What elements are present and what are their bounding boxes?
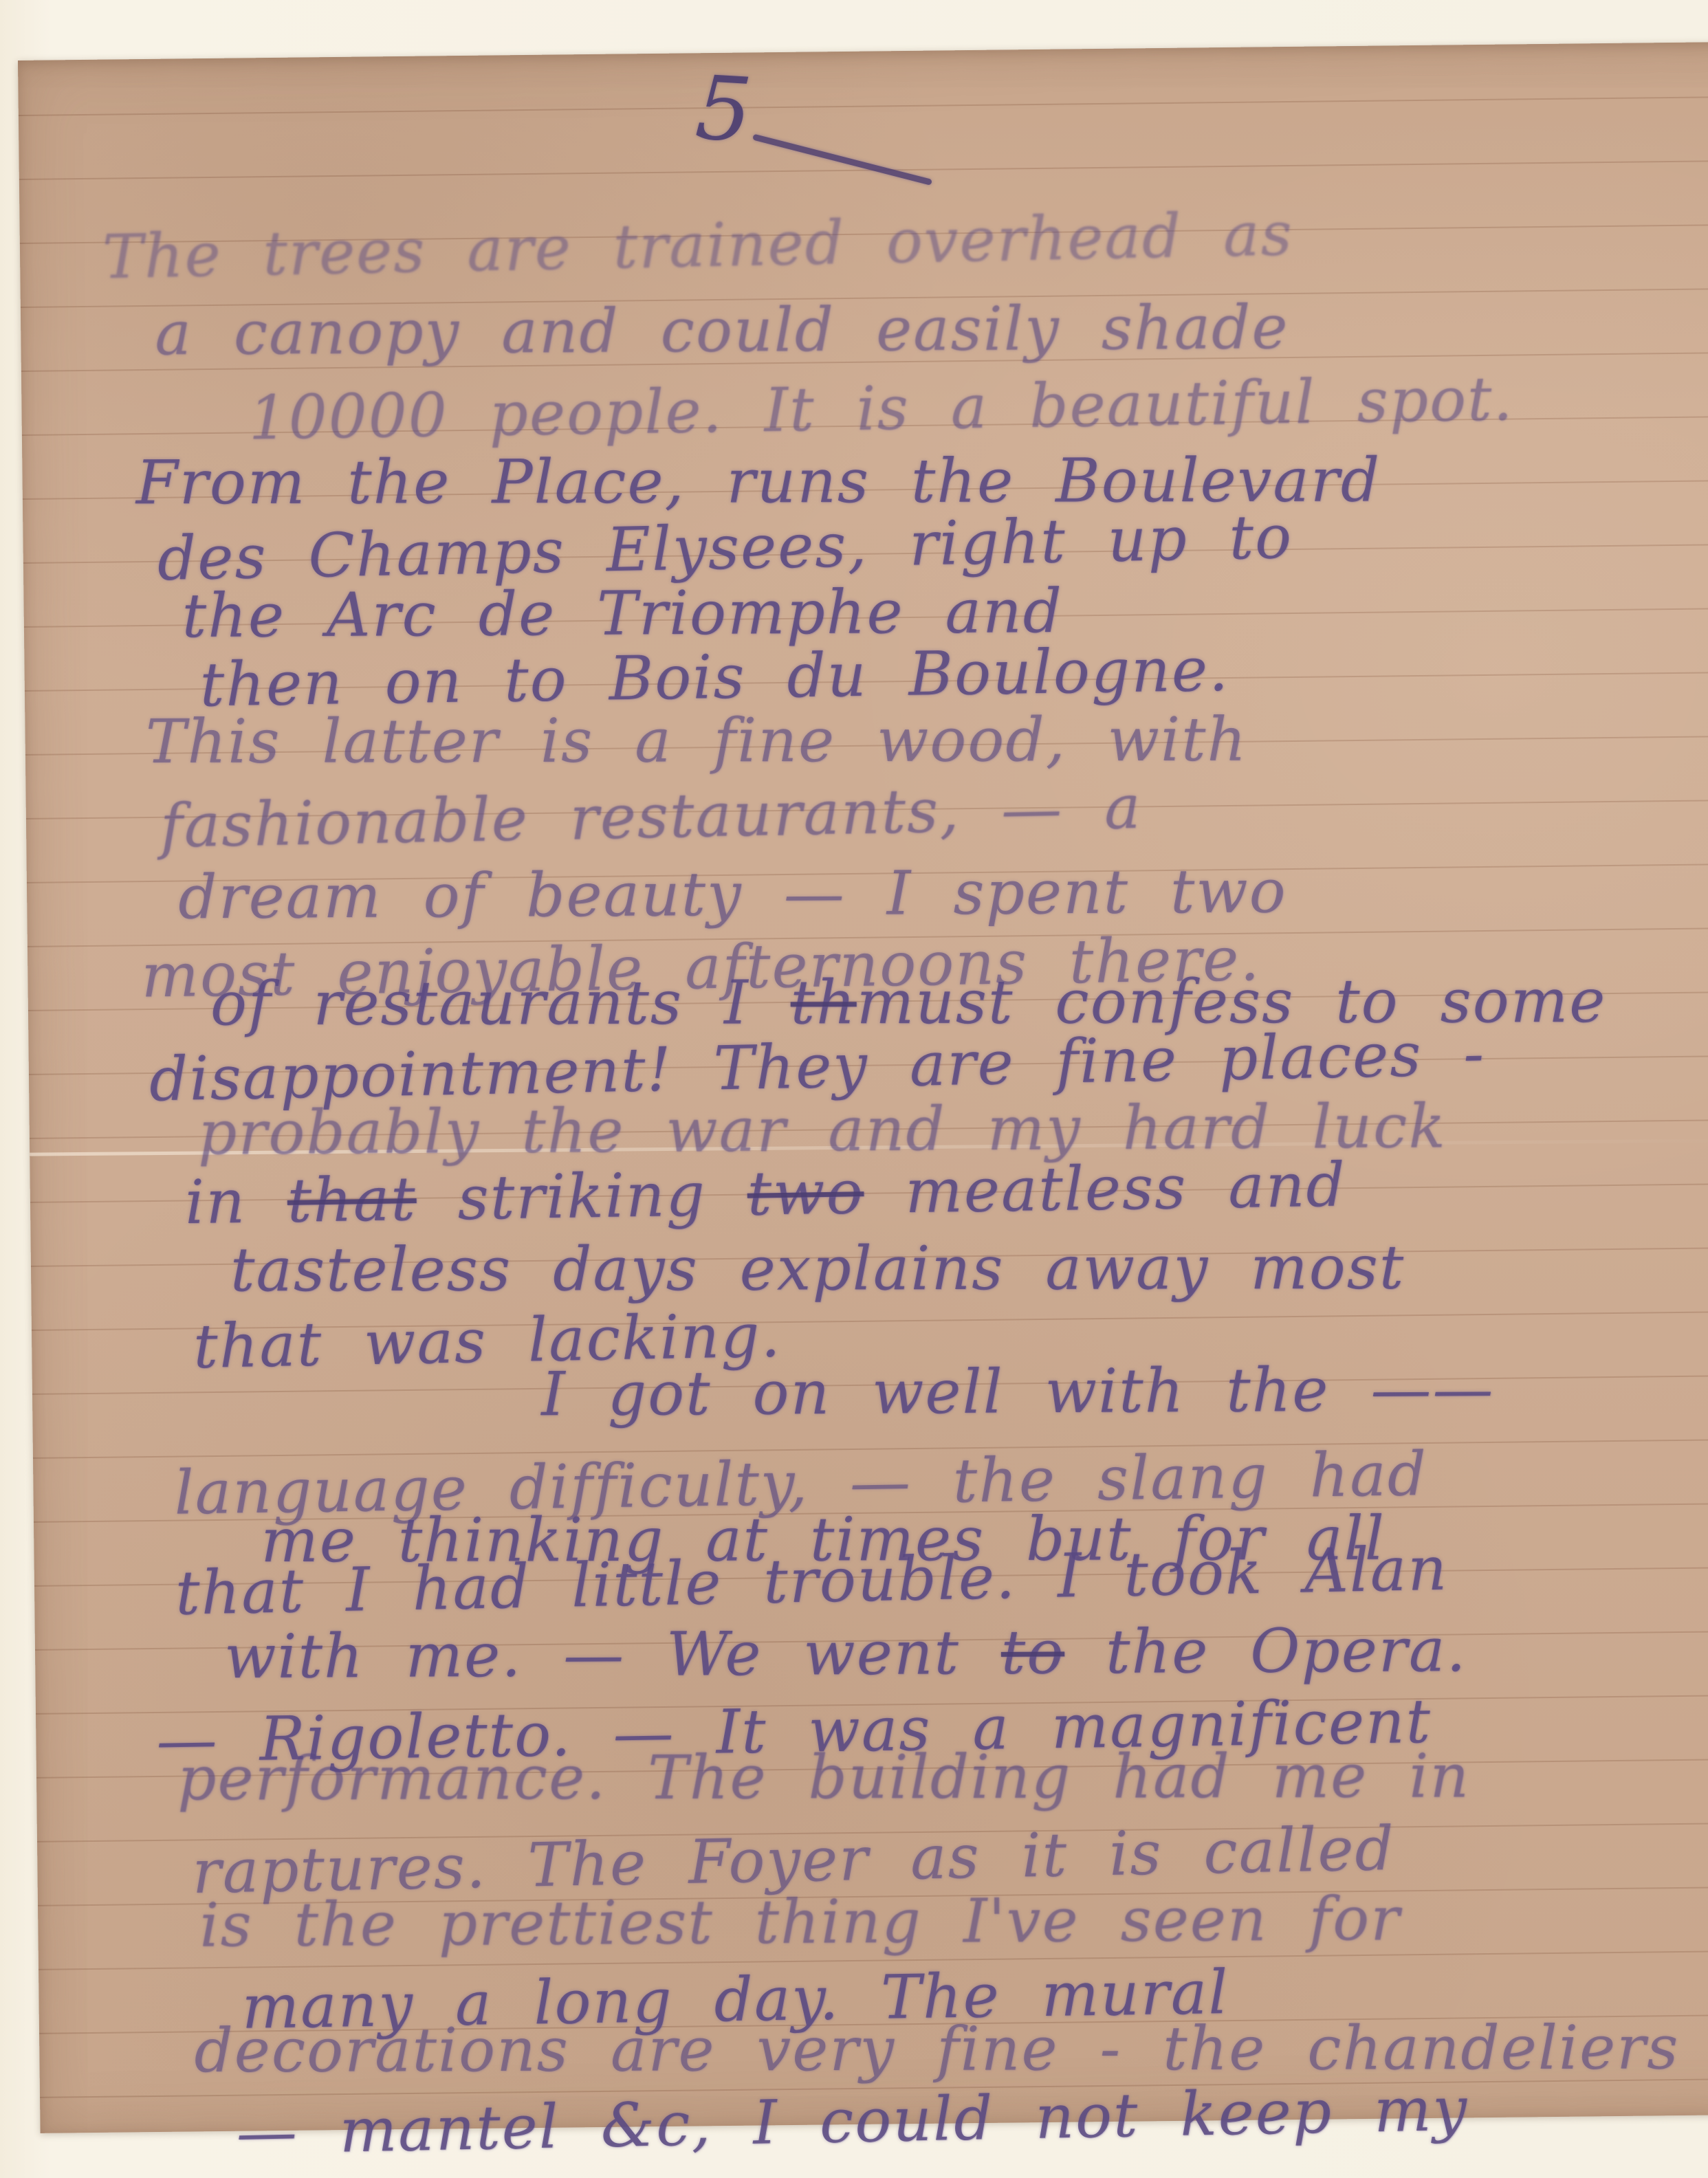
handwriting-text: The trees are trained overhead as: [102, 198, 1293, 292]
manuscript-lines: The trees are trained overhead asa canop…: [18, 42, 1708, 2133]
handwriting-line: is the prettiest thing I've seen for: [199, 1883, 1401, 1961]
handwriting-line: This latter is a fine wood, with: [146, 704, 1248, 777]
handwriting-text: fashionable restaurants, — a: [160, 771, 1142, 861]
handwriting-text: in: [184, 1165, 287, 1237]
handwriting-text: tasteless days explains away most: [230, 1232, 1405, 1306]
handwriting-text: 10000 people. It is a beautiful spot.: [248, 363, 1514, 453]
handwriting-text: meatless and: [864, 1149, 1347, 1228]
handwriting-line: tasteless days explains away most: [230, 1232, 1405, 1306]
handwriting-text: I got on well with the ——: [541, 1354, 1495, 1430]
handwriting-line: dream of beauty — I spent two: [178, 855, 1287, 932]
struck-word: that: [287, 1163, 417, 1236]
handwriting-text: the Opera.: [1064, 1614, 1467, 1687]
handwriting-line: fashionable restaurants, — a: [160, 771, 1142, 861]
handwriting-text: striking: [416, 1158, 748, 1234]
handwriting-line: I got on well with the ——: [541, 1354, 1495, 1430]
handwriting-text: with me. — We went: [224, 1617, 1001, 1692]
letter-paper: 5 The trees are trained overhead asa can…: [18, 42, 1708, 2133]
handwriting-text: dream of beauty — I spent two: [178, 855, 1287, 932]
handwriting-text: is the prettiest thing I've seen for: [199, 1883, 1401, 1961]
struck-word: th: [791, 967, 857, 1037]
handwriting-line: The trees are trained overhead as: [102, 198, 1293, 292]
handwriting-line: performance. The building had me in: [177, 1740, 1470, 1814]
struck-word: two: [747, 1156, 864, 1229]
handwriting-text: This latter is a fine wood, with: [146, 704, 1248, 777]
struck-word: to: [1001, 1616, 1065, 1688]
handwriting-text: performance. The building had me in: [177, 1740, 1470, 1814]
scanned-letter-page: { "document": { "kind": "handwritten let…: [0, 0, 1708, 2178]
handwriting-text: a canopy and could easily shade: [155, 291, 1289, 368]
handwriting-line: 10000 people. It is a beautiful spot.: [248, 363, 1514, 453]
handwriting-line: with me. — We went to the Opera.: [224, 1614, 1467, 1692]
handwriting-text: of restaurants I: [210, 967, 791, 1039]
handwriting-line: a canopy and could easily shade: [155, 291, 1289, 368]
